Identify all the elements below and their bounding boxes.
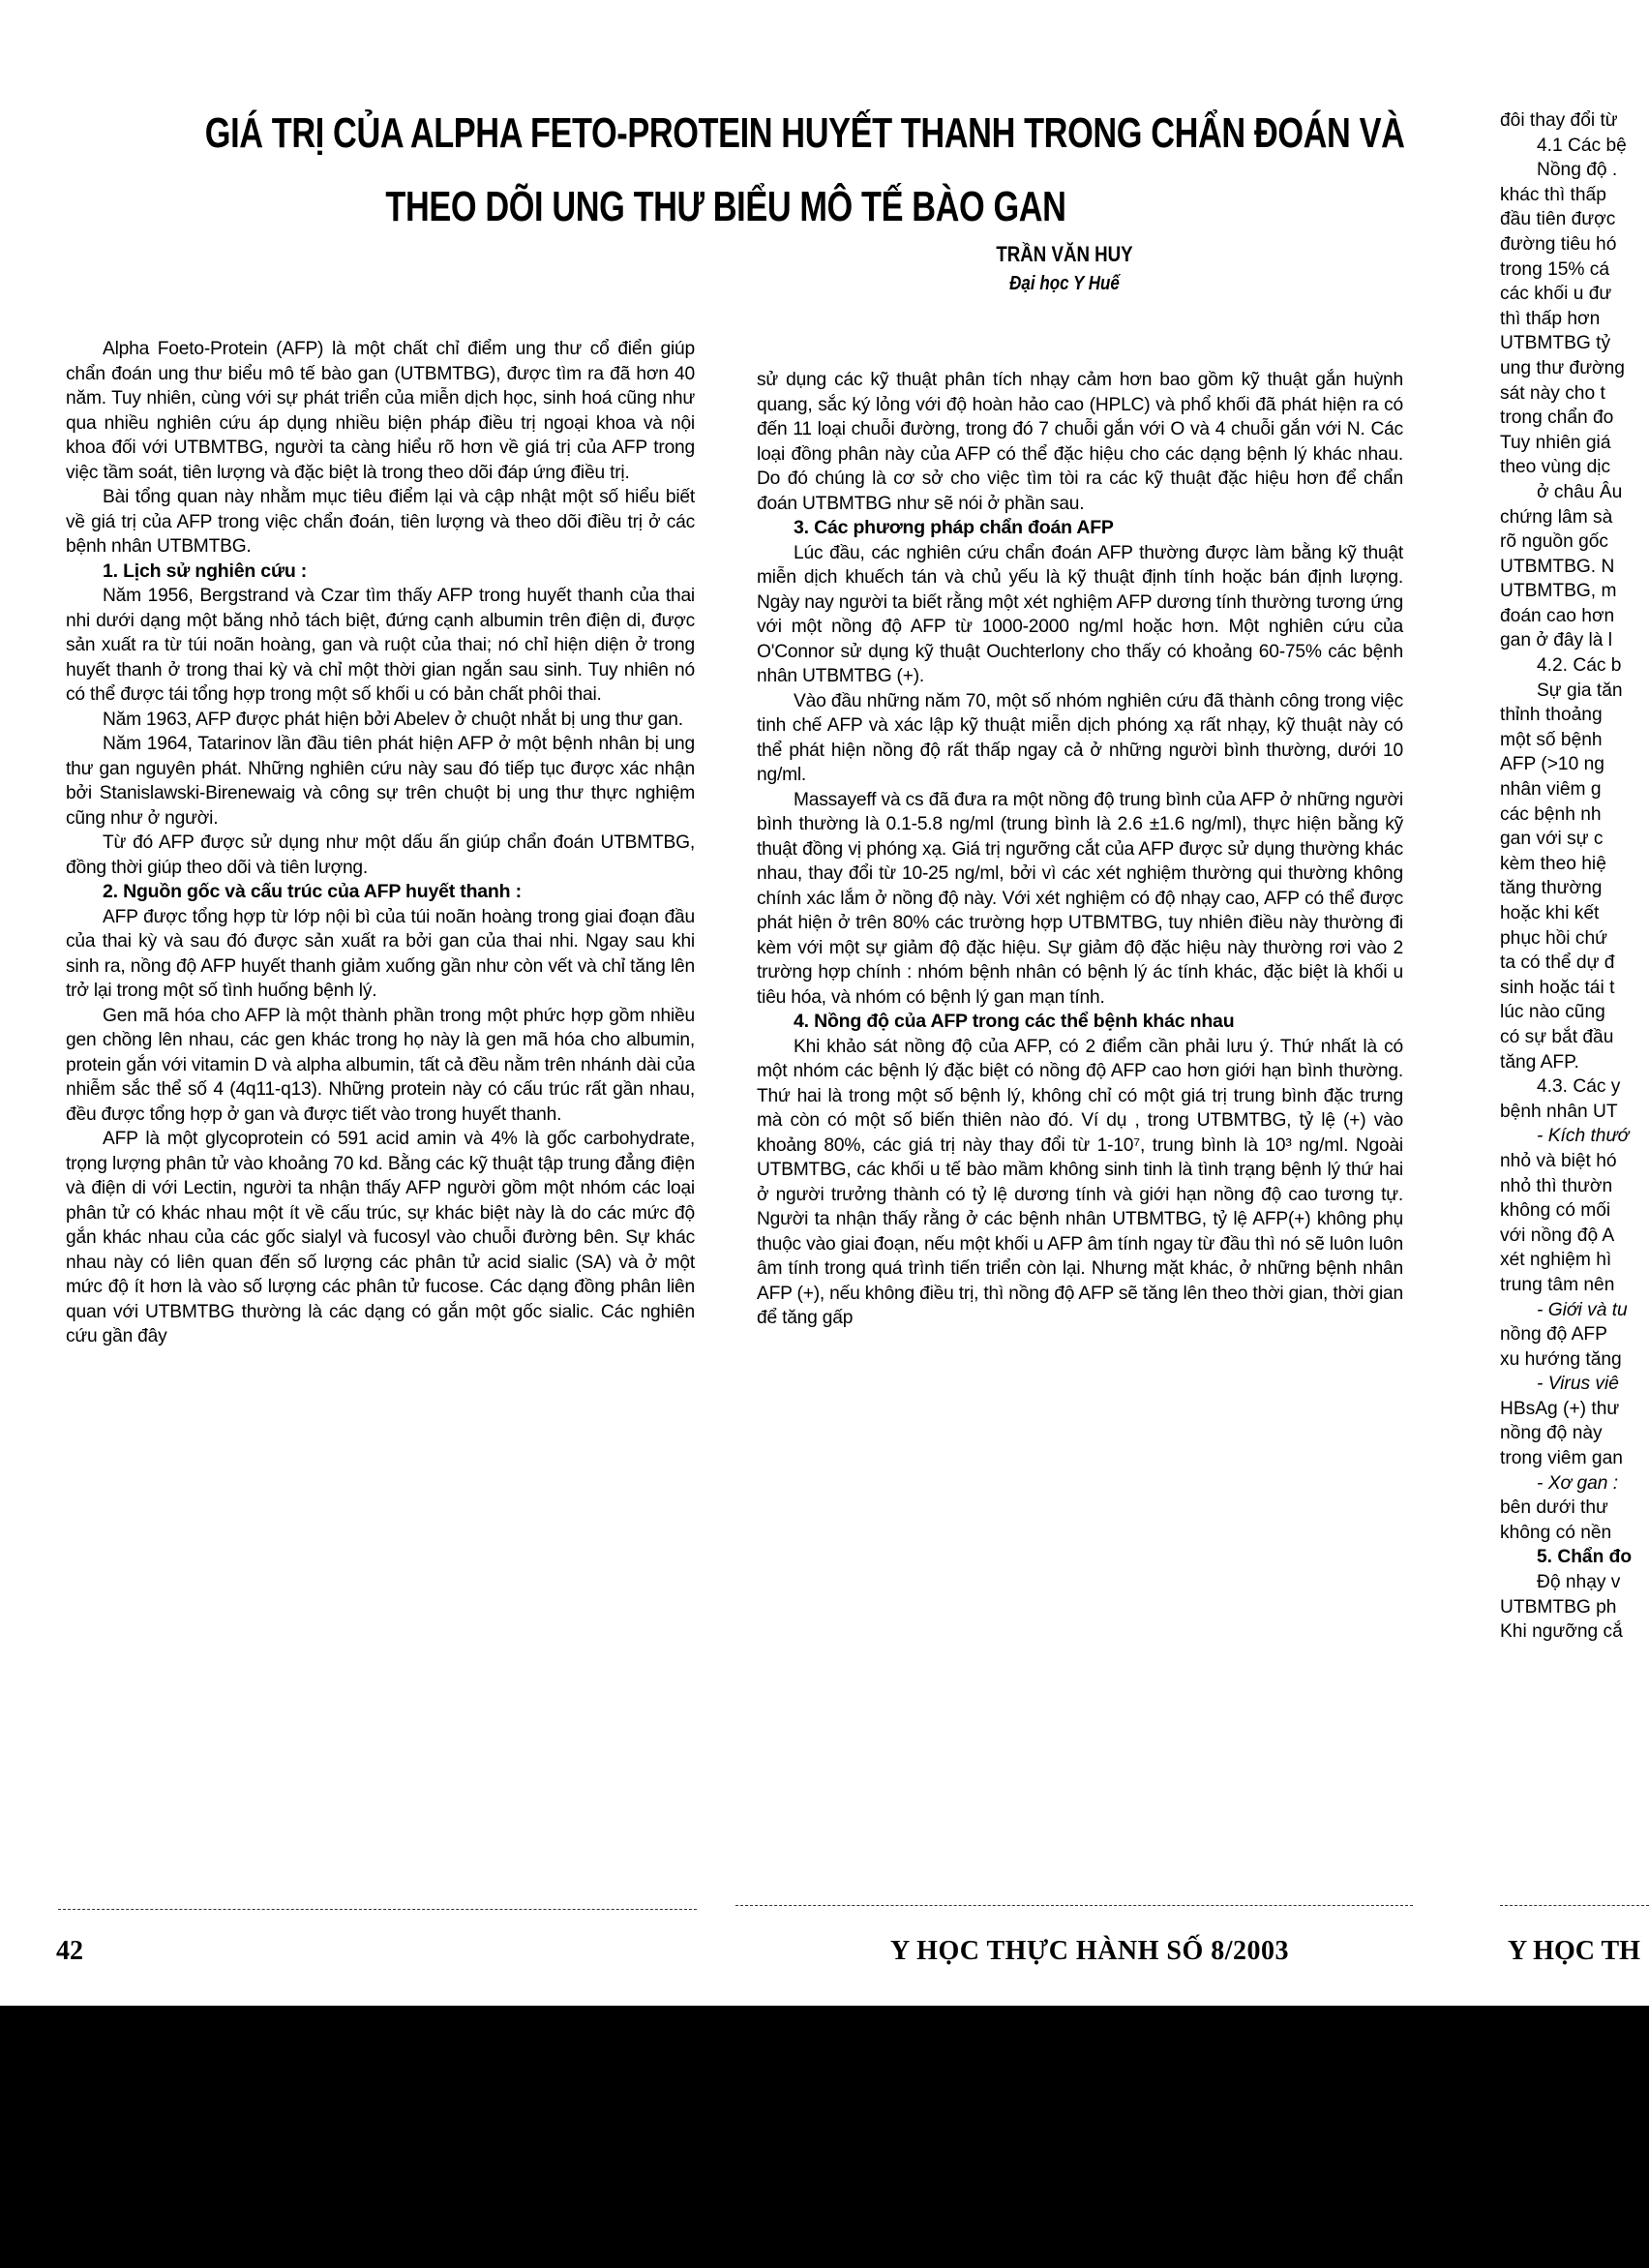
paragraph: Năm 1963, AFP được phát hiện bởi Abelev … [66, 708, 695, 733]
paragraph: Bài tổng quan này nhằm mục tiêu điểm lại… [66, 485, 695, 559]
text-line: có sự bắt đầu [1500, 1025, 1649, 1050]
text-line: nhỏ và biệt hó [1500, 1149, 1649, 1174]
text-line: tăng thường [1500, 876, 1649, 901]
text-line: trong viêm gan [1500, 1446, 1649, 1471]
text-line: AFP (>10 ng [1500, 752, 1649, 777]
text-line: kèm theo hiệ [1500, 852, 1649, 877]
paragraph: Massayeff và cs đã đưa ra một nồng độ tr… [757, 788, 1403, 1011]
paragraph: Từ đó AFP được sử dụng như một dấu ấn gi… [66, 831, 695, 880]
paragraph: sử dụng các kỹ thuật phân tích nhạy cảm … [757, 368, 1403, 516]
text-line: một số bệnh [1500, 728, 1649, 753]
text-line: ta có thể dự đ [1500, 951, 1649, 976]
left-text-column: Alpha Foeto-Protein (AFP) là một chất ch… [66, 337, 695, 1349]
text-line: - Virus viê [1500, 1372, 1649, 1397]
paragraph: Alpha Foeto-Protein (AFP) là một chất ch… [66, 337, 695, 485]
section-heading: 4. Nồng độ của AFP trong các thể bệnh kh… [757, 1010, 1403, 1035]
text-line: bệnh nhân UT [1500, 1100, 1649, 1125]
middle-text-column: sử dụng các kỹ thuật phân tích nhạy cảm … [757, 368, 1403, 1331]
author-affiliation: Đại học Y Huế [949, 269, 1180, 298]
text-line: không có mối [1500, 1198, 1649, 1224]
text-line: Độ nhạy v [1500, 1570, 1649, 1595]
text-line: không có nền [1500, 1521, 1649, 1546]
text-line: với nồng độ A [1500, 1224, 1649, 1249]
title-line-2: THEO DÕI UNG THƯ BIỂU MÔ TẾ BÀO GAN [205, 170, 1246, 244]
paragraph: Năm 1964, Tatarinov lần đầu tiên phát hi… [66, 732, 695, 831]
footer-rule-middle [735, 1905, 1413, 1906]
text-line: hoặc khi kết [1500, 901, 1649, 926]
paragraph: Năm 1956, Bergstrand và Czar tìm thấy AF… [66, 584, 695, 708]
text-line: ở châu Âu [1500, 480, 1649, 505]
journal-footer: Y HỌC THỰC HÀNH SỐ 8/2003 [890, 1936, 1289, 1967]
paragraph: Gen mã hóa cho AFP là một thành phần tro… [66, 1004, 695, 1128]
title-line-1: GIÁ TRỊ CỦA ALPHA FETO-PROTEIN HUYẾT THA… [205, 97, 1246, 170]
right-column-clip: đôi thay đổi từ4.1 Các bệNồng độ .khác t… [1490, 97, 1649, 1917]
section-heading: 3. Các phương pháp chẩn đoán AFP [757, 516, 1403, 541]
text-line: xu hướng tăng [1500, 1347, 1649, 1373]
text-line: tăng AFP. [1500, 1050, 1649, 1075]
text-line: 5. Chẩn đo [1500, 1545, 1649, 1570]
text-line: trung tâm nên [1500, 1273, 1649, 1298]
text-line: UTBMTBG, m [1500, 579, 1649, 604]
text-line: Nồng độ . [1500, 158, 1649, 183]
text-line: ung thư đường [1500, 356, 1649, 381]
page-number: 42 [56, 1936, 83, 1967]
section-heading: 2. Nguồn gốc và cấu trúc của AFP huyết t… [66, 880, 695, 905]
text-line: khác thì thấp [1500, 183, 1649, 208]
text-line: rõ nguồn gốc [1500, 529, 1649, 555]
text-line: đoán cao hơn [1500, 604, 1649, 629]
author-name: TRẦN VĂN HUY [949, 240, 1180, 269]
paragraph: Vào đầu những năm 70, một số nhóm nghiên… [757, 689, 1403, 788]
text-line: UTBMTBG ph [1500, 1595, 1649, 1620]
right-text-column-truncated: đôi thay đổi từ4.1 Các bệNồng độ .khác t… [1500, 108, 1649, 1645]
text-line: lúc nào cũng [1500, 1000, 1649, 1025]
text-line: nồng độ này [1500, 1421, 1649, 1446]
text-line: đầu tiên được [1500, 207, 1649, 232]
text-line: UTBMTBG tỷ [1500, 331, 1649, 356]
text-line: Tuy nhiên giá [1500, 431, 1649, 456]
text-line: các bệnh nh [1500, 802, 1649, 828]
paragraph: AFP là một glycoprotein có 591 acid amin… [66, 1127, 695, 1349]
text-line: bên dưới thư [1500, 1496, 1649, 1521]
text-line: 4.2. Các b [1500, 653, 1649, 679]
article-title: GIÁ TRỊ CỦA ALPHA FETO-PROTEIN HUYẾT THA… [205, 97, 1246, 244]
journal-footer-next-page: Y HỌC TH [1508, 1936, 1640, 1967]
text-line: HBsAg (+) thư [1500, 1397, 1649, 1422]
text-line: Sự gia tăn [1500, 679, 1649, 704]
text-line: 4.3. Các y [1500, 1074, 1649, 1100]
text-line: nồng độ AFP [1500, 1322, 1649, 1347]
section-heading: 1. Lịch sử nghiên cứu : [66, 559, 695, 585]
text-line: sinh hoặc tái t [1500, 976, 1649, 1001]
text-line: nhân viêm g [1500, 777, 1649, 802]
footer-rule-left [58, 1909, 697, 1910]
text-line: chứng lâm sà [1500, 505, 1649, 530]
text-line: theo vùng dịc [1500, 455, 1649, 480]
text-line: sát này cho t [1500, 381, 1649, 407]
text-line: 4.1 Các bệ [1500, 134, 1649, 159]
text-line: trong chẩn đo [1500, 406, 1649, 431]
scan-black-border [0, 2006, 1649, 2268]
text-line: phục hồi chứ [1500, 926, 1649, 952]
text-line: - Xơ gan : [1500, 1471, 1649, 1497]
text-line: gan ở đây là l [1500, 628, 1649, 653]
paragraph: Khi khảo sát nồng độ của AFP, có 2 điểm … [757, 1035, 1403, 1331]
author-block: TRẦN VĂN HUY Đại học Y Huế [929, 240, 1200, 298]
text-line: đôi thay đổi từ [1500, 108, 1649, 134]
text-line: trong 15% cá [1500, 257, 1649, 283]
paragraph: Lúc đầu, các nghiên cứu chẩn đoán AFP th… [757, 541, 1403, 689]
text-line: xét nghiệm hì [1500, 1248, 1649, 1273]
text-line: - Giới và tu [1500, 1298, 1649, 1323]
text-line: thì thấp hơn [1500, 307, 1649, 332]
text-line: - Kích thướ [1500, 1124, 1649, 1149]
text-line: UTBMTBG. N [1500, 555, 1649, 580]
text-line: các khối u đư [1500, 282, 1649, 307]
footer-rule-right [1500, 1905, 1649, 1906]
text-line: Khi ngưỡng cắ [1500, 1619, 1649, 1645]
text-line: gan với sự c [1500, 827, 1649, 852]
document-page: GIÁ TRỊ CỦA ALPHA FETO-PROTEIN HUYẾT THA… [0, 0, 1649, 2006]
text-line: nhỏ thì thườn [1500, 1174, 1649, 1199]
paragraph: AFP được tổng hợp từ lớp nội bì của túi … [66, 905, 695, 1004]
text-line: đường tiêu hó [1500, 232, 1649, 257]
text-line: thỉnh thoảng [1500, 703, 1649, 728]
